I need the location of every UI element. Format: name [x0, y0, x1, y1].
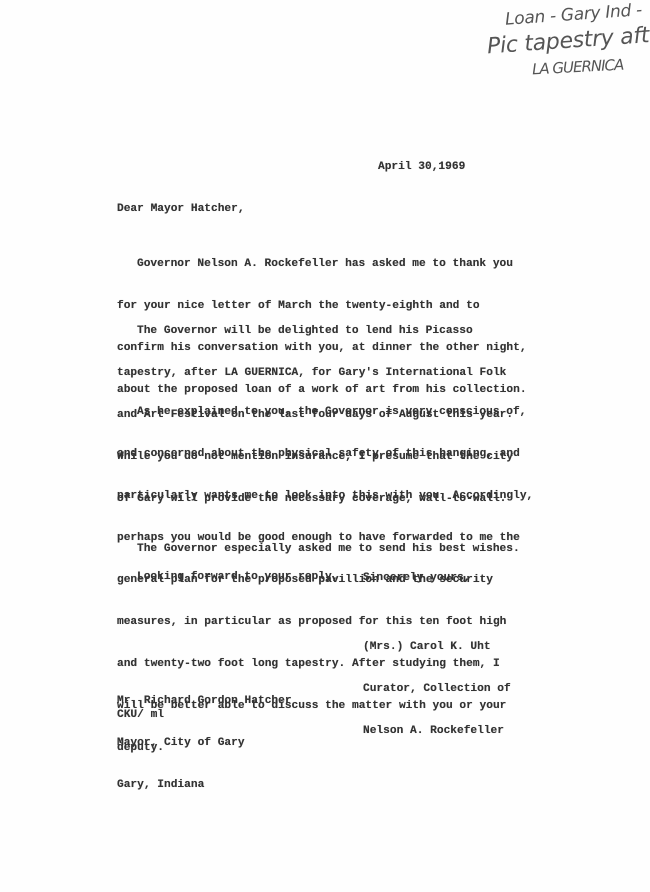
recipient-title: Mayor, City of Gary: [117, 736, 292, 750]
paragraph-line: Governor Nelson A. Rockefeller has asked…: [117, 257, 527, 271]
reference-initials: CKU/ ml: [117, 708, 164, 722]
signer-name: (Mrs.) Carol K. Uht: [363, 640, 511, 654]
signer-title-line-2: Nelson A. Rockefeller: [363, 724, 511, 738]
signature-block: (Mrs.) Carol K. Uht Curator, Collection …: [363, 612, 511, 766]
paragraph-line: As he explained to you, the Governor is …: [117, 405, 533, 419]
paragraph-line: and concerned about the physical safety …: [117, 447, 533, 461]
letter-page: Loan - Gary Ind - Pic tapestry after LA …: [0, 0, 650, 892]
recipient-address: Mr. Richard Gordon Hatcher Mayor, City o…: [117, 666, 292, 820]
recipient-location: Gary, Indiana: [117, 778, 292, 792]
paragraph-line: Looking forward to your reply,: [117, 570, 338, 584]
salutation: Dear Mayor Hatcher,: [117, 202, 245, 216]
closing: Sincerely yours,: [363, 571, 470, 585]
paragraph-5: Looking forward to your reply,: [117, 542, 338, 612]
handwritten-line-3: LA GUERNICA: [532, 56, 624, 79]
paragraph-line: particularly wants me to look into this …: [117, 489, 533, 503]
paragraph-line: The Governor will be delighted to lend h…: [117, 324, 513, 338]
recipient-name: Mr. Richard Gordon Hatcher: [117, 694, 292, 708]
letter-date: April 30,1969: [378, 160, 465, 174]
signer-title-line-1: Curator, Collection of: [363, 682, 511, 696]
